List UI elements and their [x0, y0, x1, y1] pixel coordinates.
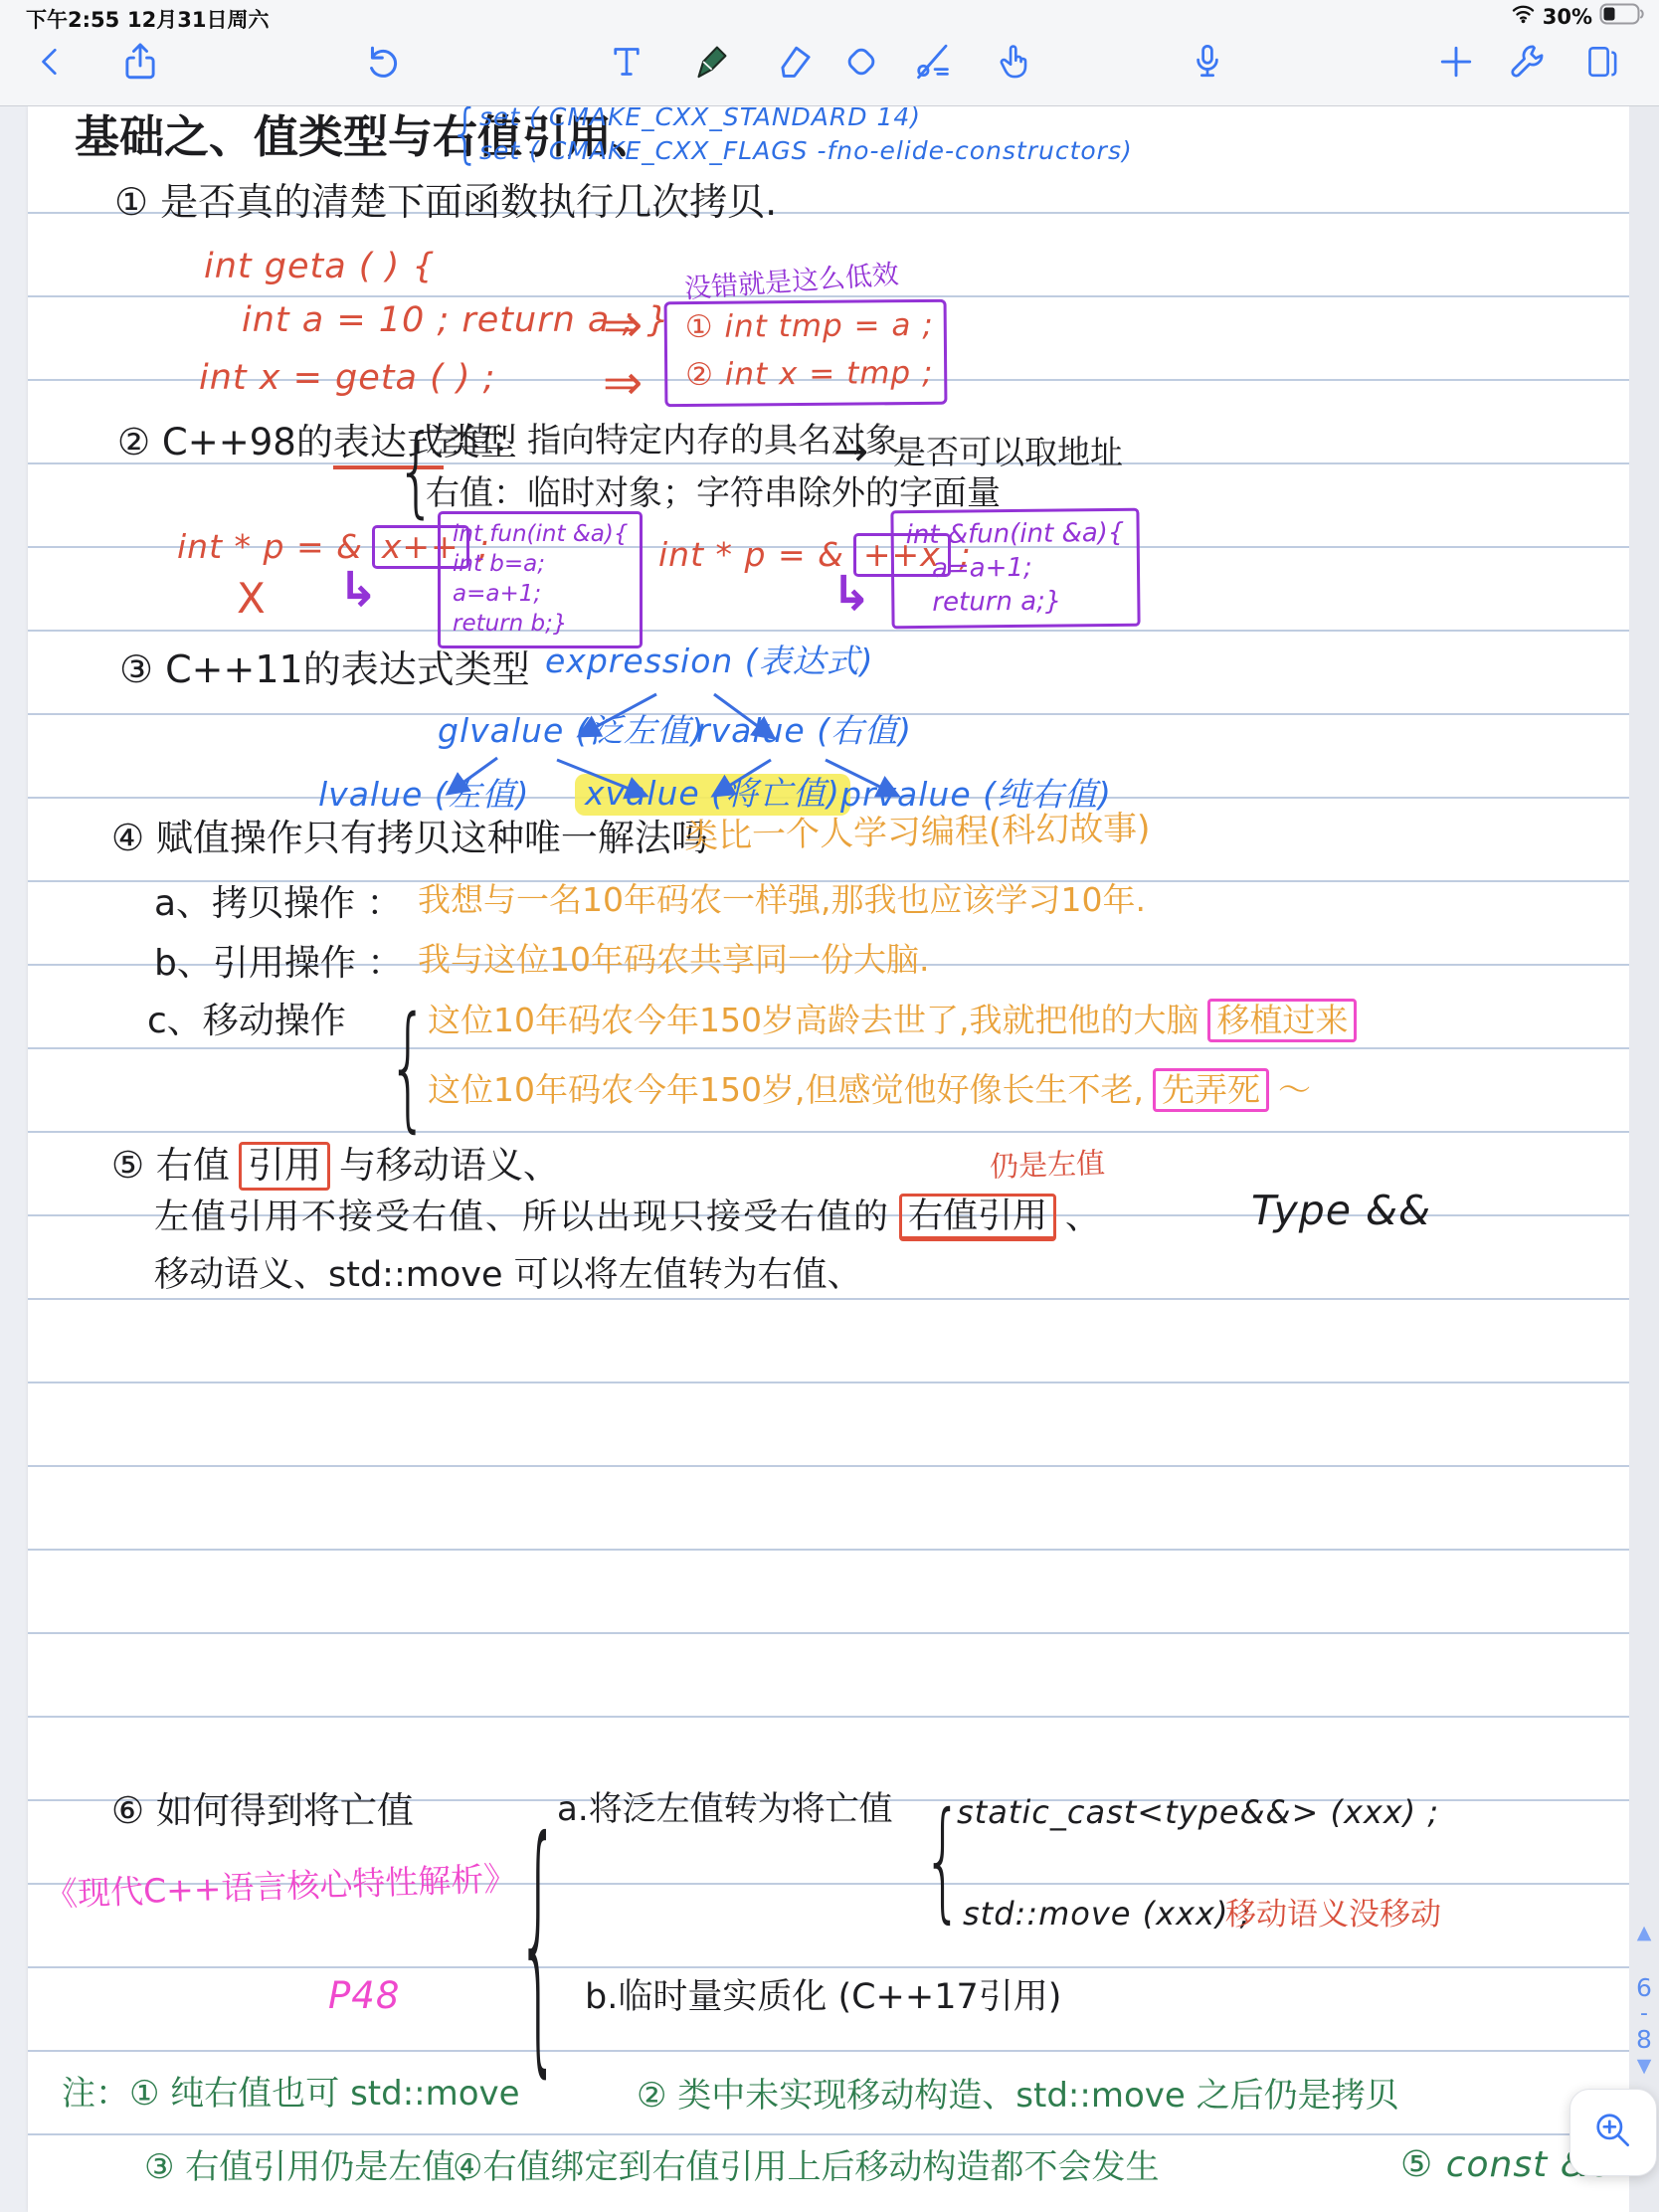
q5-line1: 左值引用不接受右值、所以出现只接受右值的 右值引用 、 [154, 1194, 1100, 1241]
q1-code3: int x = geta ( ) ; [199, 358, 495, 398]
screen: 下午2:55 12月31日周六 30% [0, 0, 1659, 2212]
undo-button[interactable] [355, 36, 407, 88]
q4-c-note1-row: 这位10年码农今年150岁高龄去世了,我就把他的大脑 移植过来 [428, 999, 1360, 1042]
q4-c-label: c、移动操作 [147, 1001, 346, 1041]
q2-ex1-fnbox: int fun(int &a){ int b=a; a=a+1; return … [438, 511, 643, 648]
q2-ex1-fn3: a=a+1; [453, 580, 628, 610]
q4-c-note2-tail: 〜 [1278, 1071, 1311, 1109]
q2-ex1-xmark: X [237, 575, 266, 623]
q5-line1-pre: 左值引用不接受右值、所以出现只接受右值的 [154, 1198, 890, 1237]
microphone-button[interactable] [1182, 36, 1233, 88]
q4-analogy: 类比一个人学习编程(科幻故事) [684, 810, 1151, 856]
footnote-2: ② 类中未实现移动构造、std::move 之后仍是拷贝 [637, 2077, 1399, 2116]
status-date: 12月31日周六 [127, 4, 269, 34]
tree-arrows [298, 637, 1114, 835]
back-button[interactable] [25, 36, 77, 88]
share-button[interactable] [114, 36, 166, 88]
q1-box-line1: ① int tmp = a ; [685, 308, 934, 346]
q4-c-note2-boxed: 先弄死 [1153, 1068, 1269, 1112]
add-button[interactable] [1430, 36, 1482, 88]
q6-red-note: 移动语义没移动 [1225, 1898, 1441, 1934]
q2-ex2-fnbox: int &fun(int &a){ a=a+1; return a;} [890, 508, 1140, 630]
page-number-current: 6 [1629, 1973, 1659, 2002]
q6-b-label: b.临时量实质化 (C++17引用) [585, 1977, 1061, 2017]
q6-outer-brace: { [517, 1786, 560, 2100]
q2-side-note: 是否可以取地址 [893, 434, 1123, 471]
q1-arrow1: ⇒ [603, 298, 643, 353]
highlighter-tool-button[interactable] [770, 36, 822, 88]
q2-ex2-fn1: int &fun(int &a){ [905, 517, 1124, 553]
wifi-icon [1511, 4, 1536, 29]
q2-ex2-fn3: return a;} [906, 584, 1125, 620]
q6-a-label: a.将泛左值转为将亡值 [557, 1790, 893, 1829]
q5-type-note: Type && [1251, 1188, 1431, 1234]
q2-ex1-turn-arrow: ↳ [338, 563, 378, 618]
q2-heading-pre: ② C++98的 [117, 421, 333, 463]
q6-code2: std::move (xxx) ; [963, 1896, 1251, 1933]
q1-compiler-box: ① int tmp = a ; ② int x = tmp ; [664, 299, 948, 407]
q5-red-note: 仍是左值 [989, 1147, 1105, 1184]
top-chrome: 下午2:55 12月31日周六 30% [0, 0, 1659, 106]
eraser-tool-button[interactable] [835, 36, 887, 88]
q4-c-brace: { [388, 990, 429, 1145]
tools-button[interactable] [1502, 36, 1554, 88]
battery-percent: 30% [1543, 5, 1592, 29]
q2-rvalue-line: 右值：临时对象；字符串除外的字面量 [426, 474, 1001, 513]
q2-ex1-fn2: int b=a; [453, 550, 628, 580]
battery-icon [1599, 3, 1645, 30]
lasso-tool-button[interactable] [907, 36, 959, 88]
status-time: 下午2:55 [26, 4, 119, 34]
q1-box-line2: ② int x = tmp ; [685, 356, 934, 394]
q5-heading-post: 与移动语义、 [339, 1145, 560, 1188]
q5-line1-post: 、 [1065, 1198, 1100, 1237]
cmake-brace: { [450, 95, 481, 170]
q4-b-label: b、引用操作 ： [154, 943, 403, 984]
q6-heading: ⑥ 如何得到将亡值 [111, 1790, 414, 1833]
q2-ex2-turn-arrow: ↳ [831, 567, 871, 622]
q2-side-arrow: → [833, 428, 868, 475]
q2-ex1-fn1: int fun(int &a){ [453, 520, 628, 550]
right-gutter [1629, 106, 1659, 2212]
q4-a-note: 我想与一名10年码农一样强,那我也应该学习10年. [418, 881, 1146, 919]
q2-lvalue-line: 左值：指向特定内存的具名对象 [426, 422, 899, 461]
page-down-button[interactable]: ▼ [1629, 2055, 1659, 2077]
q4-c-note1: 这位10年码农今年150岁高龄去世了,我就把他的大脑 [428, 1002, 1198, 1039]
q2-ex2-fn2: a=a+1; [906, 551, 1125, 587]
q1-code1: int geta ( ) { [204, 247, 436, 286]
q2-ex2-pre: int * p = & [658, 536, 844, 574]
text-tool-button[interactable] [601, 36, 652, 88]
pen-tool-button[interactable] [685, 36, 737, 88]
footnote-3: ③ 右值引用仍是左值、 [144, 2148, 489, 2187]
q5-line1-boxed: 右值引用 [899, 1194, 1056, 1241]
pointer-tool-button[interactable] [989, 36, 1040, 88]
status-bar: 下午2:55 12月31日周六 30% [0, 0, 1659, 30]
q4-c-note1-boxed: 移植过来 [1207, 999, 1357, 1042]
q5-heading: ⑤ 右值 引用 与移动语义、 [111, 1142, 560, 1191]
q6-page-ref: P48 [328, 1975, 400, 2018]
page-number-separator: - [1629, 2001, 1659, 2026]
q1-arrow2: ⇒ [603, 356, 643, 411]
q2-ex1-fn4: return b;} [453, 610, 628, 640]
q5-line2: 移动语义、std::move 可以将左值转为右值、 [154, 1255, 862, 1295]
cmake-line2: set ( CMAKE_CXX_FLAGS -fno-elide-constru… [479, 137, 1133, 166]
q4-c-note2: 这位10年码农今年150岁,但感觉他好像长生不老, [428, 1071, 1144, 1109]
q5-heading-boxed: 引用 [239, 1142, 330, 1191]
zoom-button[interactable] [1569, 2089, 1657, 2176]
footnote-1: 注：① 纯右值也可 std::move [62, 2075, 520, 2114]
q4-heading: ④ 赋值操作只有拷贝这种唯一解法吗 [111, 818, 708, 860]
cmake-line1: set ( CMAKE_CXX_STANDARD 14) [479, 103, 921, 132]
q4-a-label: a、拷贝操作 ： [154, 883, 403, 924]
q5-heading-pre: ⑤ 右值 [111, 1145, 230, 1188]
footnote-4: ④右值绑定到右值引用上后移动构造都不会发生 [453, 2148, 1159, 2187]
page-number-total: 8 [1629, 2025, 1659, 2054]
q4-b-note: 我与这位10年码农共享同一份大脑. [418, 941, 929, 979]
page-up-button[interactable]: ▲ [1629, 1922, 1659, 1943]
q2-ex1-pre: int * p = & [177, 528, 363, 566]
pages-button[interactable] [1576, 36, 1628, 88]
q4-c-note2-row: 这位10年码农今年150岁,但感觉他好像长生不老, 先弄死 〜 [428, 1068, 1311, 1112]
q1-heading: ① 是否真的清楚下面函数执行几次拷贝. [114, 181, 777, 225]
q6-code1: static_cast<type&&> (xxx) ; [957, 1794, 1439, 1831]
magnifier-plus-icon [1591, 2109, 1635, 2156]
